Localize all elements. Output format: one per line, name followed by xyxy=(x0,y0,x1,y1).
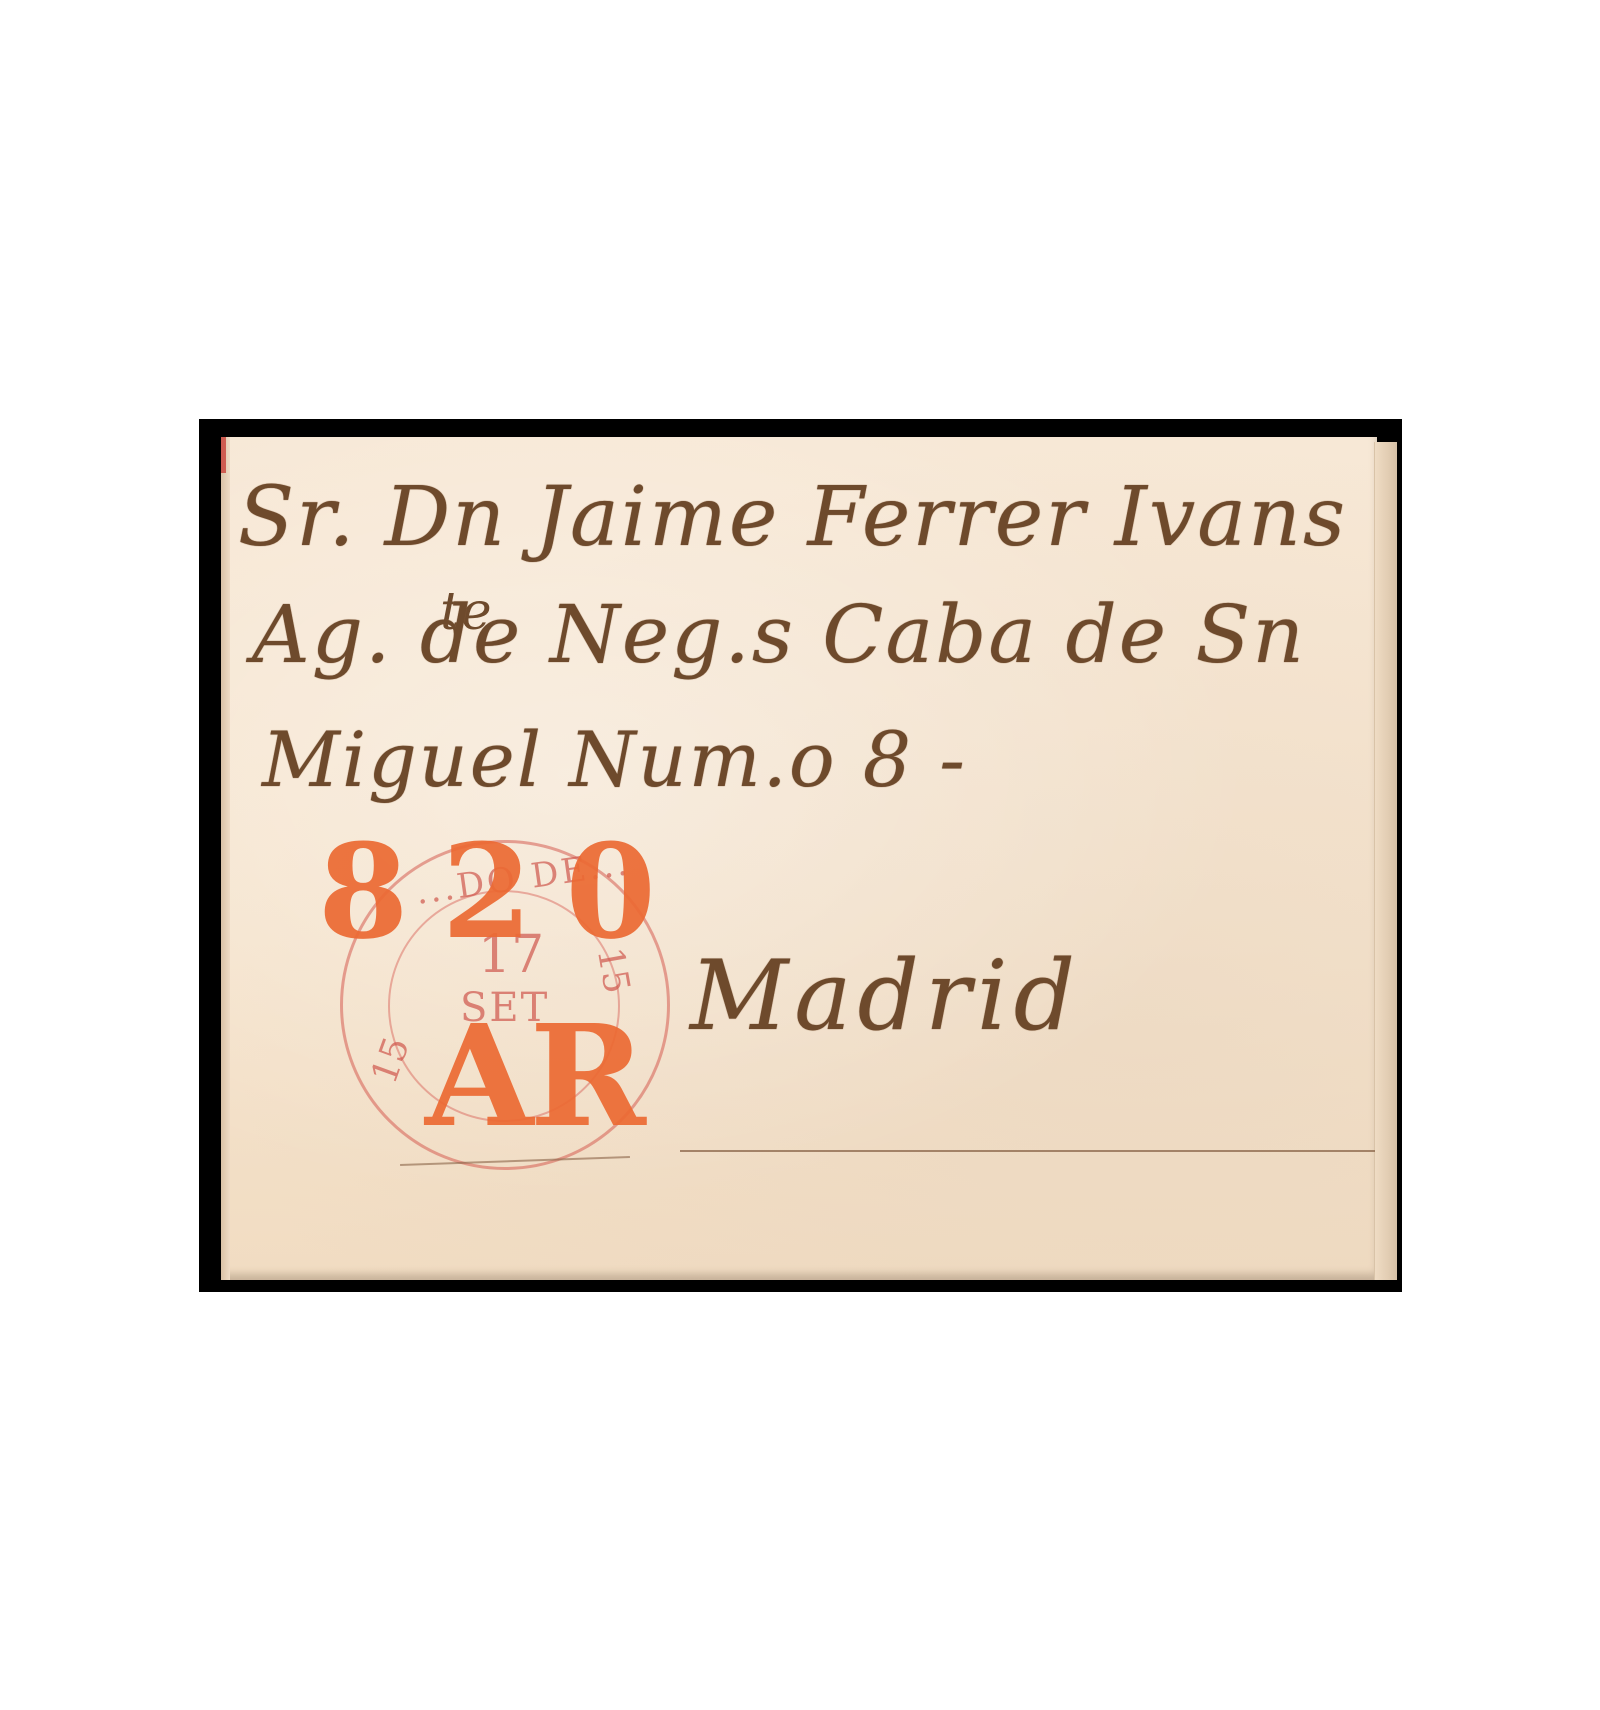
rating-mark-upper: 8 2 0 xyxy=(318,815,650,968)
paper-left-fold-edge xyxy=(221,437,230,1280)
address-line-2: Ag. de Neg.s Caba de Sn xyxy=(252,588,1306,681)
paper-right-fold-edge xyxy=(1374,442,1397,1280)
red-edge-mark xyxy=(221,437,226,473)
address-line-3: Miguel Num.o 8 - xyxy=(262,715,967,804)
address-line-1: Sr. Dn Jaime Ferrer Ivans xyxy=(238,470,1347,565)
destination-city: Madrid xyxy=(690,940,1081,1052)
address-underline xyxy=(680,1150,1375,1152)
rating-mark-lower: AR xyxy=(425,995,642,1159)
